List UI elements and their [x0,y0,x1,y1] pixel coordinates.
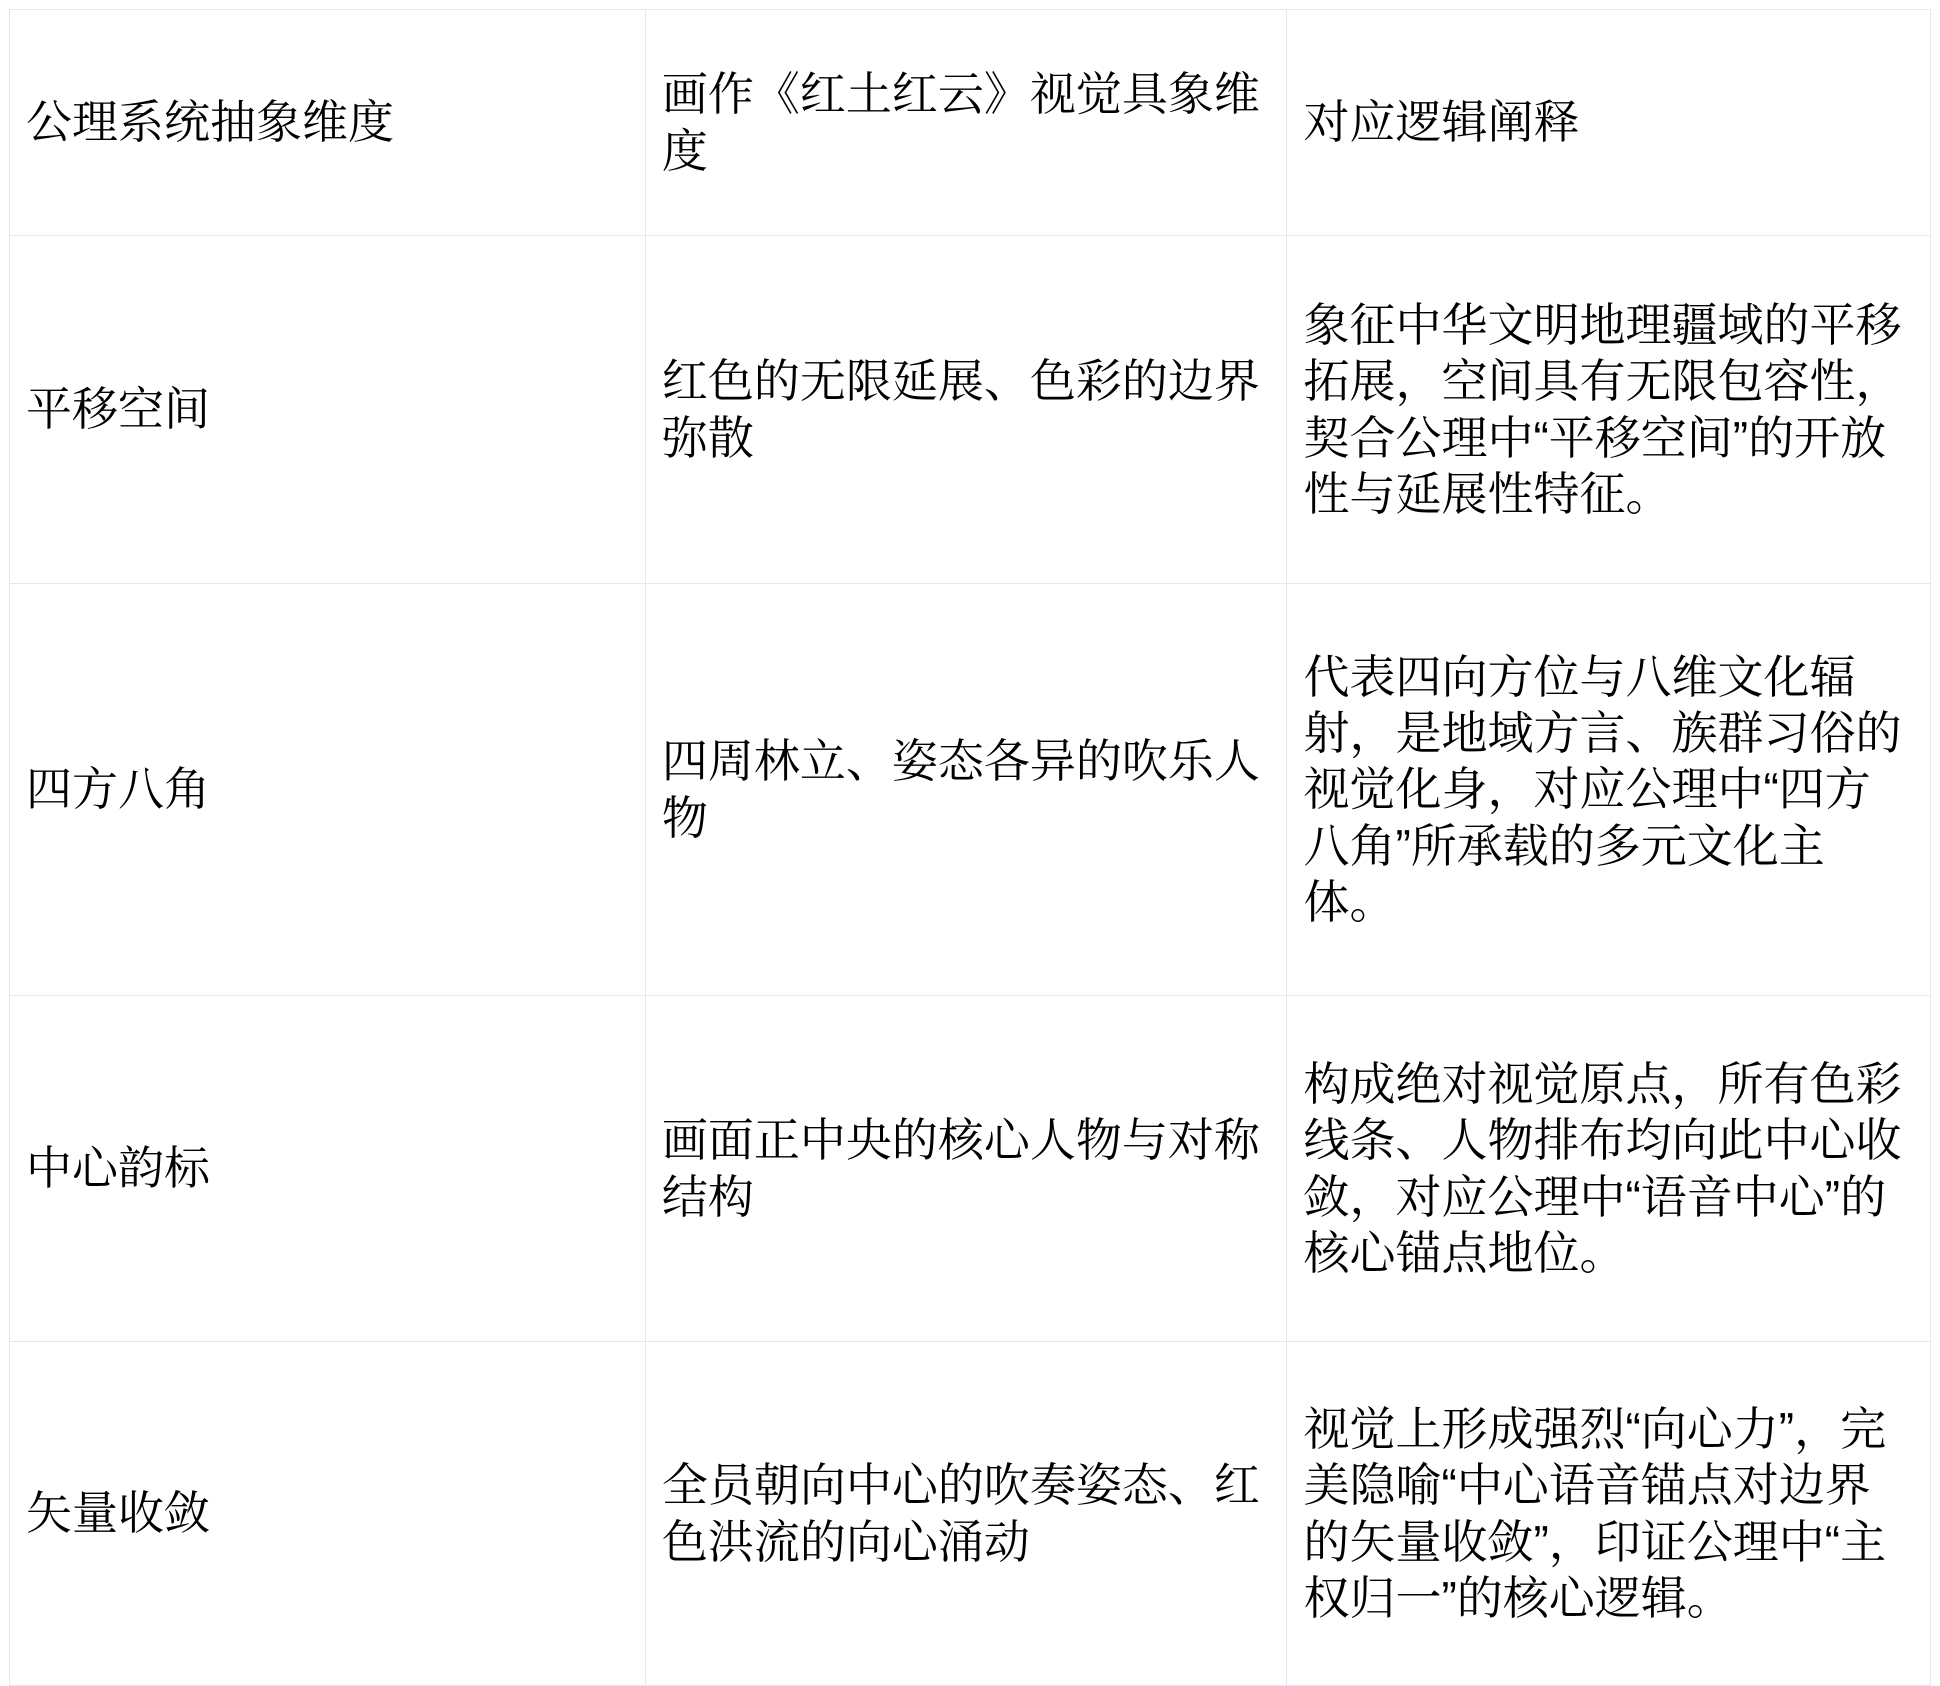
cell-visual: 画面正中央的核心人物与对称结构 [645,996,1287,1342]
table-row: 四方八角四周林立、姿态各异的吹乐人物代表四向方位与八维文化辐射，是地域方言、族群… [10,584,1931,996]
table-row: 矢量收敛全员朝向中心的吹奏姿态、红色洪流的向心涌动视觉上形成强烈“向心力”，完美… [10,1342,1931,1686]
cell-dimension: 矢量收敛 [10,1342,646,1686]
column-header-visual-dimension: 画作《红土红云》视觉具象维度 [645,10,1287,236]
header-row: 公理系统抽象维度 画作《红土红云》视觉具象维度 对应逻辑阐释 [10,10,1931,236]
page: 公理系统抽象维度 画作《红土红云》视觉具象维度 对应逻辑阐释 平移空间红色的无限… [0,0,1940,1685]
cell-dimension: 四方八角 [10,584,646,996]
cell-logic: 象征中华文明地理疆域的平移拓展，空间具有无限包容性，契合公理中“平移空间”的开放… [1287,236,1931,584]
table-body: 平移空间红色的无限延展、色彩的边界弥散象征中华文明地理疆域的平移拓展，空间具有无… [10,236,1931,1686]
axiom-mapping-table: 公理系统抽象维度 画作《红土红云》视觉具象维度 对应逻辑阐释 平移空间红色的无限… [9,9,1931,1686]
cell-visual: 四周林立、姿态各异的吹乐人物 [645,584,1287,996]
column-header-abstract-dimension: 公理系统抽象维度 [10,10,646,236]
table-row: 平移空间红色的无限延展、色彩的边界弥散象征中华文明地理疆域的平移拓展，空间具有无… [10,236,1931,584]
column-header-logic-explanation: 对应逻辑阐释 [1287,10,1931,236]
cell-dimension: 平移空间 [10,236,646,584]
cell-logic: 代表四向方位与八维文化辐射，是地域方言、族群习俗的视觉化身，对应公理中“四方八角… [1287,584,1931,996]
cell-dimension: 中心韵标 [10,996,646,1342]
cell-logic: 构成绝对视觉原点，所有色彩线条、人物排布均向此中心收敛，对应公理中“语音中心”的… [1287,996,1931,1342]
cell-visual: 全员朝向中心的吹奏姿态、红色洪流的向心涌动 [645,1342,1287,1686]
cell-visual: 红色的无限延展、色彩的边界弥散 [645,236,1287,584]
cell-logic: 视觉上形成强烈“向心力”，完美隐喻“中心语音锚点对边界的矢量收敛”，印证公理中“… [1287,1342,1931,1686]
table-row: 中心韵标画面正中央的核心人物与对称结构构成绝对视觉原点，所有色彩线条、人物排布均… [10,996,1931,1342]
